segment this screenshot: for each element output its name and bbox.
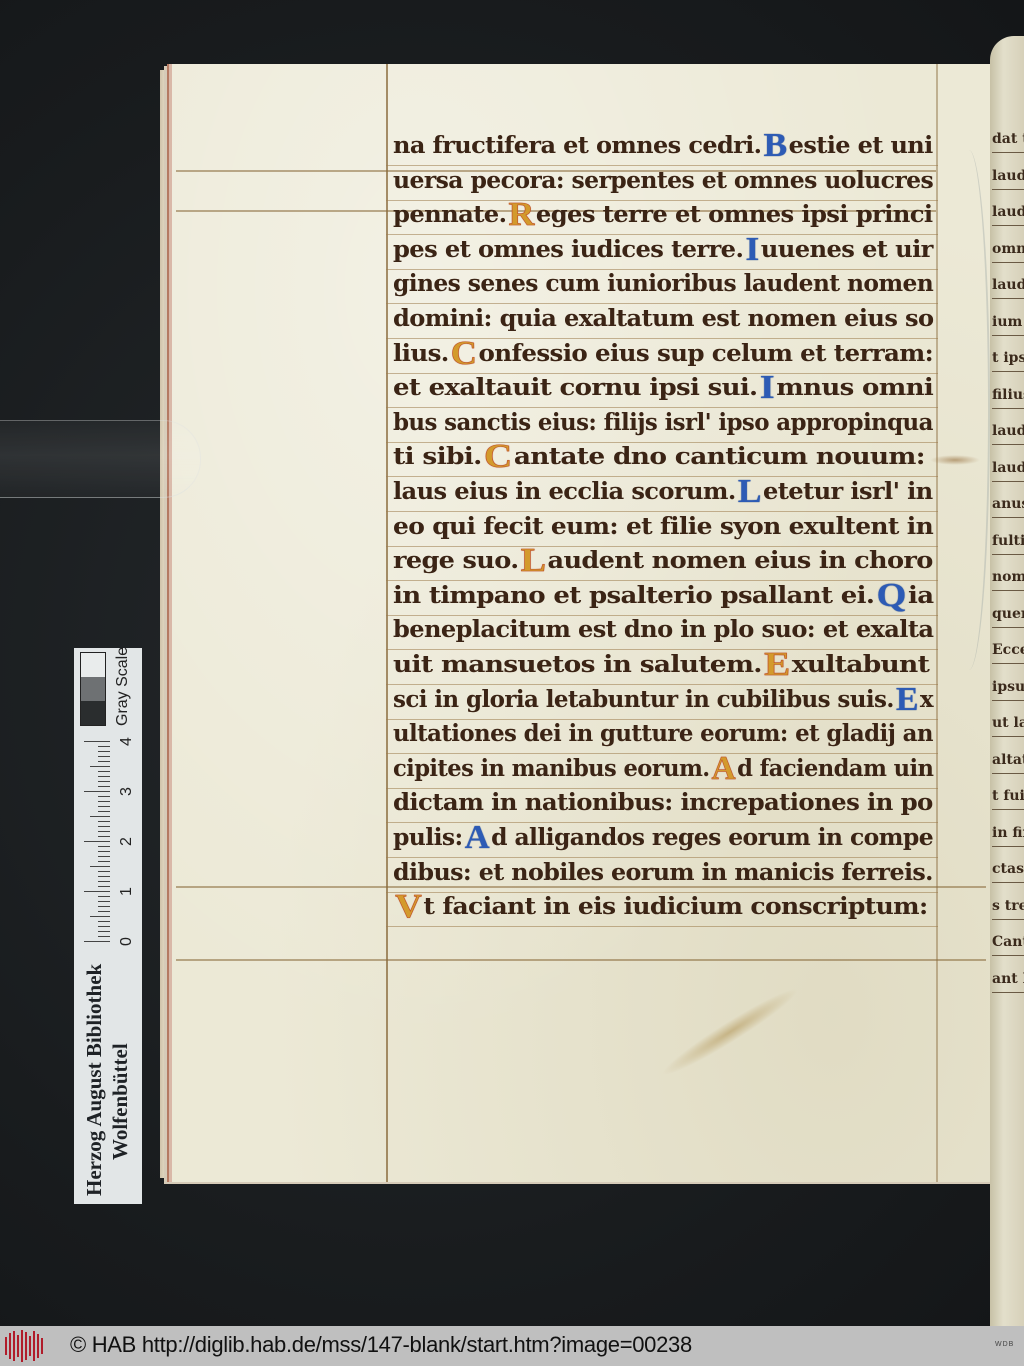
manuscript-line: gines senes cum iunioribus laudent nomen [393, 270, 933, 304]
ruler-tick [90, 766, 110, 767]
next-page-line: ipsum et [992, 674, 1024, 701]
ruler-tick [98, 846, 110, 847]
wdb-mark: WDB [995, 1341, 1014, 1348]
decorated-initial: L [521, 547, 546, 575]
ruler-tick [90, 816, 110, 817]
line-text: na fructifera et omnes cedri. [393, 132, 761, 159]
ruler-tick [98, 746, 110, 747]
decorated-initial: I [760, 374, 774, 402]
line-text: ultationes dei in gutture eorum: et glad… [393, 720, 933, 747]
ruler-label: 0 [118, 937, 136, 946]
line-text: eo qui fecit eum: et filie syon exultent… [393, 513, 933, 540]
line-text: uuenes et uir [761, 236, 933, 263]
ruler-tick [98, 821, 110, 822]
ruler-tick [98, 876, 110, 877]
next-page-line: laudate [992, 199, 1024, 226]
ruler-tick [98, 921, 110, 922]
logo-bar [9, 1333, 11, 1359]
line-text: etetur isrl' in [763, 478, 933, 505]
line-text: x [920, 686, 933, 713]
manuscript-line: pennate.Reges terre et omnes ipsi princi [393, 201, 932, 235]
manuscript-line: pes et omnes iudices terre.Iuuenes et ui… [393, 236, 933, 270]
ruler-tick [98, 811, 110, 812]
next-page-line: t fuitudo [992, 783, 1024, 810]
ruler-tick [98, 831, 110, 832]
ruler-tick [98, 756, 110, 757]
manuscript-line: uit mansuetos in salutem.Exultabunt [393, 651, 929, 685]
ruler-tick [98, 796, 110, 797]
ruler-tick [98, 761, 110, 762]
next-page-line: ant hec n [992, 966, 1024, 993]
next-page-line: t ipsi [992, 345, 1024, 372]
ruler-tick [98, 881, 110, 882]
ruler-tick [84, 891, 110, 892]
line-text: gines senes cum iunioribus laudent nomen [393, 270, 933, 297]
manuscript-line: cipites in manibus eorum.Ad faciendam ui… [393, 755, 933, 789]
ruler-tick [90, 916, 110, 917]
manuscript-line: ti sibi.Cantate dno canticum nouum: [393, 443, 925, 477]
next-page-line: ium in [992, 309, 1024, 336]
ruler-tick [98, 906, 110, 907]
manuscript-line: Vt faciant in eis iudicium conscriptum: [393, 893, 928, 927]
copyright-link[interactable]: © HAB http://diglib.hab.de/mss/147-blank… [70, 1332, 692, 1358]
line-text: cipites in manibus eorum. [393, 755, 710, 782]
ruler-tick [84, 741, 110, 742]
line-text: in timpano et psalterio psallant ei. [393, 582, 874, 609]
ruler-tick [84, 791, 110, 792]
logo-bar [5, 1337, 7, 1355]
line-text: dibus: et nobiles eorum in manicis ferre… [393, 859, 933, 886]
logo-bar [17, 1335, 19, 1357]
next-page-line: nomen [992, 564, 1024, 591]
line-text: audent nomen eius in choro [548, 547, 933, 574]
decorated-initial: I [745, 236, 758, 264]
logo-bar [37, 1334, 39, 1358]
decorated-initial: L [738, 478, 761, 506]
manuscript-line: dibus: et nobiles eorum in manicis ferre… [393, 859, 933, 893]
hab-logo-icon[interactable] [5, 1330, 47, 1362]
gray-swatch [81, 653, 105, 677]
line-text: et exaltauit cornu ipsi sui. [393, 374, 757, 401]
next-page-line: ctas fa [992, 856, 1024, 883]
decorated-initial: Q [876, 582, 905, 610]
line-text: sci in gloria letabuntur in cubilibus su… [393, 686, 894, 713]
manuscript-line: lius.Confessio eius sup celum et terram: [393, 340, 933, 374]
ruler-label: 4 [118, 737, 136, 746]
line-text: uersa pecora: serpentes et omnes uolucre… [393, 167, 933, 194]
logo-bar [13, 1331, 15, 1361]
line-text: t faciant in eis iudicium conscriptum: [423, 893, 927, 920]
manuscript-line: eo qui fecit eum: et filie syon exultent… [393, 513, 933, 547]
decorated-initial: A [465, 824, 489, 852]
ruler-tick [98, 851, 110, 852]
next-page-line: laudate [992, 272, 1024, 299]
next-page-line: laudate [992, 455, 1024, 482]
logo-bar [21, 1330, 23, 1362]
scale-bar-content: Herzog August Bibliothek Wolfenbüttel 01… [74, 648, 142, 1204]
manuscript-line: pulis:Ad alligandos reges eorum in compe [393, 824, 933, 858]
line-text: dictam in nationibus: increpationes in p… [393, 789, 933, 816]
decorated-initial: B [764, 132, 787, 160]
line-text: lius. [393, 340, 449, 367]
logo-bar [33, 1331, 35, 1361]
logo-bar [41, 1338, 43, 1354]
ruler-label: 3 [118, 787, 136, 796]
line-text: d faciendam uin [737, 755, 933, 782]
logo-bar [29, 1336, 31, 1356]
decorated-initial: E [764, 651, 789, 679]
decorated-initial: V [395, 893, 421, 921]
next-page-line: dat te [992, 126, 1024, 153]
next-page-line: ut laus [992, 710, 1024, 737]
line-text: bus sanctis eius: filijs isrl' ipso appr… [393, 409, 933, 436]
decorated-initial: C [484, 443, 512, 471]
ruling-left-margin [386, 64, 388, 1182]
ruler-tick [98, 886, 110, 887]
line-text: xultabunt [792, 651, 929, 678]
line-text: eges terre et omnes ipsi princi [536, 201, 933, 228]
line-text: laus eius in ecclia scorum. [393, 478, 736, 505]
next-page-line: fultitudi [992, 528, 1024, 555]
line-text: d alligandos reges eorum in compe [491, 824, 933, 851]
manuscript-line: bus sanctis eius: filijs isrl' ipso appr… [393, 409, 933, 443]
decorated-initial: A [712, 755, 736, 783]
ruler-tick [84, 841, 110, 842]
ruling-right-margin [936, 64, 938, 1182]
line-text: pes et omnes iudices terre. [393, 236, 743, 263]
ruler-label: 2 [118, 837, 136, 846]
line-text: uit mansuetos in salutem. [393, 651, 762, 678]
ruler-tick [98, 776, 110, 777]
ruler-tick [98, 826, 110, 827]
ruler-tick [98, 901, 110, 902]
ruler-tick [98, 771, 110, 772]
next-page-line: anus spi [992, 491, 1024, 518]
line-text: onfessio eius sup celum et terram: [479, 340, 934, 367]
manuscript-line: et exaltauit cornu ipsi sui.Imnus omni [393, 374, 933, 408]
manuscript-line: sci in gloria letabuntur in cubilibus su… [393, 686, 933, 720]
line-text: ti sibi. [393, 443, 482, 470]
decorated-initial: E [896, 686, 918, 714]
line-text: rege suo. [393, 547, 518, 574]
ruler-tick [98, 926, 110, 927]
line-text: ia [908, 582, 933, 609]
ruler-tick [98, 856, 110, 857]
manuscript-line: in timpano et psalterio psallant ei.Qia [393, 582, 933, 616]
next-page-line: omnes [992, 236, 1024, 263]
line-text: estie et uni [789, 132, 933, 159]
viewer-footer: © HAB http://diglib.hab.de/mss/147-blank… [0, 1326, 1024, 1366]
next-page-line: laudate [992, 163, 1024, 190]
institution-city: Wolfenbüttel [108, 1043, 133, 1160]
line-text: pennate. [393, 201, 506, 228]
next-page-line: Ecce d [992, 637, 1024, 664]
institution-name: Herzog August Bibliothek [82, 964, 107, 1196]
ruler-tick [98, 836, 110, 837]
line-text: domini: quia exaltatum est nomen eius so [393, 305, 933, 332]
ruler-tick [84, 941, 110, 942]
ruler-label: 1 [118, 887, 136, 896]
ruler-tick [98, 786, 110, 787]
ruling-bottom-2 [176, 959, 986, 961]
plexiglass-page-holder [0, 420, 201, 498]
manuscript-line: na fructifera et omnes cedri.Bestie et u… [393, 132, 933, 166]
next-page-line: altatem [992, 747, 1024, 774]
next-page-line: querfus [992, 601, 1024, 628]
line-text: beneplacitum est dno in plo suo: et exal… [393, 616, 933, 643]
logo-bar [25, 1332, 27, 1360]
next-page-line: Cantate d [992, 929, 1024, 956]
ruler-tick [98, 871, 110, 872]
gray-swatch [81, 677, 105, 701]
ruler-tick [98, 911, 110, 912]
ruler-tick [98, 861, 110, 862]
ruler-tick [98, 801, 110, 802]
ruler-tick [98, 781, 110, 782]
manuscript-line: ultationes dei in gutture eorum: et glad… [393, 720, 933, 754]
gray-scale-label: Gray Scale [114, 647, 132, 726]
line-text: antate dno canticum nouum: [514, 443, 925, 470]
decorated-initial: C [451, 340, 477, 368]
line-text: pulis: [393, 824, 463, 851]
decorated-initial: R [509, 201, 534, 229]
manuscript-line: beneplacitum est dno in plo suo: et exal… [393, 616, 933, 650]
gray-scale-swatches [80, 652, 106, 726]
ruler-tick [98, 936, 110, 937]
ruler-tick [98, 751, 110, 752]
ruler-tick [98, 806, 110, 807]
line-text: mnus omni [776, 374, 933, 401]
scale-bar: Herzog August Bibliothek Wolfenbüttel 01… [74, 648, 142, 1204]
manuscript-line: rege suo.Laudent nomen eius in choro [393, 547, 933, 581]
next-page-line: in firmam [992, 820, 1024, 847]
next-page-curl: dat telaudatelaudateomneslaudateium int … [990, 36, 1024, 1326]
manuscript-line: uersa pecora: serpentes et omnes uolucre… [393, 167, 933, 201]
ruler-tick [98, 931, 110, 932]
next-page-line: filius [992, 382, 1024, 409]
next-page-line: laudate [992, 418, 1024, 445]
page-stack-edge [160, 70, 172, 1178]
manuscript-line: laus eius in ecclia scorum.Letetur isrl'… [393, 478, 933, 512]
next-page-line: s tremula [992, 893, 1024, 920]
gray-swatch [81, 701, 105, 725]
ruler-tick [98, 896, 110, 897]
ruler-tick [90, 866, 110, 867]
faint-offset-flourish [948, 150, 990, 670]
ruler-ticks: 01234 [80, 732, 110, 942]
